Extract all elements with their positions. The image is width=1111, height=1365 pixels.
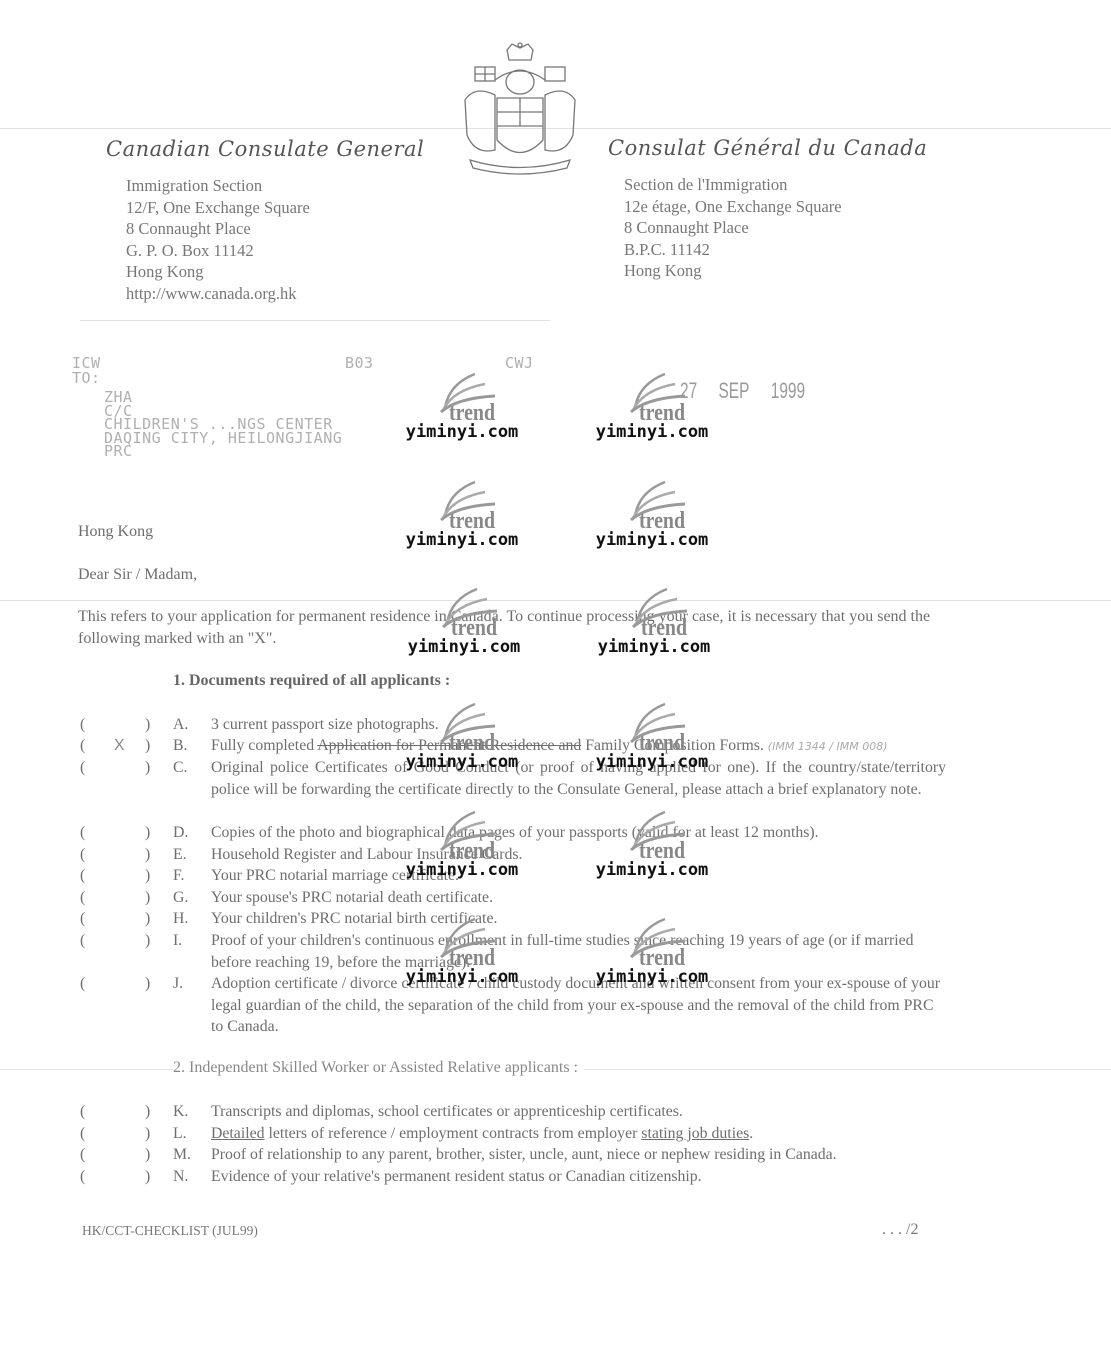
consulate-title-english: Canadian Consulate General xyxy=(106,137,424,161)
handwritten-note: (IMM 1344 / IMM 008) xyxy=(768,740,888,753)
address-line: B.P.C. 11142 xyxy=(624,239,842,261)
item-text: Proof of your children's continuous enro… xyxy=(211,930,946,973)
watermark-url: yiminyi.com xyxy=(392,752,532,772)
item-letter: A. xyxy=(173,714,188,736)
watermark: trendyiminyi.com xyxy=(394,585,534,665)
item-letter: N. xyxy=(173,1166,188,1188)
address-line: Hong Kong xyxy=(624,260,842,282)
address-line: Section de l'Immigration xyxy=(624,174,842,196)
item-letter: G. xyxy=(173,887,188,909)
recipient-address: ZHA C/C CHILDREN'S ...NGS CENTER DAQING … xyxy=(104,391,342,459)
svg-text:trend: trend xyxy=(449,730,496,750)
item-letter: L. xyxy=(173,1123,187,1145)
svg-text:trend: trend xyxy=(449,508,496,528)
svg-text:trend: trend xyxy=(451,615,498,635)
file-ref-right: CWJ xyxy=(505,357,534,371)
watermark: trendyiminyi.com xyxy=(582,700,722,780)
item-letter: M. xyxy=(173,1144,191,1166)
item-letter: C. xyxy=(173,757,188,779)
watermark: trendyiminyi.com xyxy=(392,915,532,995)
checkbox-mark[interactable]: X xyxy=(114,735,125,757)
page-indicator: . . . /2 xyxy=(882,1221,918,1239)
french-address-block: Section de l'Immigration 12e étage, One … xyxy=(624,174,842,282)
trend-logo-icon: trend xyxy=(617,808,687,858)
trend-logo-icon: trend xyxy=(427,478,497,528)
section-2-heading: 2. Independent Skilled Worker or Assiste… xyxy=(173,1059,584,1077)
svg-text:trend: trend xyxy=(639,508,686,528)
item-letter: J. xyxy=(173,973,183,995)
address-line: G. P. O. Box 11142 xyxy=(126,240,310,262)
item-text: Your children's PRC notarial birth certi… xyxy=(211,908,946,930)
svg-text:trend: trend xyxy=(641,615,688,635)
watermark-url: yiminyi.com xyxy=(582,967,722,987)
underlined-text: stating job duties xyxy=(641,1125,749,1142)
recipient-line: ZHA xyxy=(104,391,342,405)
trend-logo-icon: trend xyxy=(617,700,687,750)
english-address-block: Immigration Section 12/F, One Exchange S… xyxy=(126,175,310,304)
item-text: Your PRC notarial marriage certificate. xyxy=(211,865,946,887)
watermark: trendyiminyi.com xyxy=(392,478,532,558)
watermark: trendyiminyi.com xyxy=(392,700,532,780)
trend-logo-icon: trend xyxy=(617,478,687,528)
watermark-url: yiminyi.com xyxy=(392,530,532,550)
item-text: Transcripts and diplomas, school certifi… xyxy=(211,1101,946,1123)
recipient-line: PRC xyxy=(104,445,342,459)
coat-of-arms-emblem xyxy=(455,40,585,180)
item-text: Household Register and Labour Insurance … xyxy=(211,844,946,866)
watermark: trendyiminyi.com xyxy=(584,585,724,665)
consulate-title-french: Consulat Général du Canada xyxy=(608,136,927,160)
recipient-line: DAQING CITY, HEILONGJIANG xyxy=(104,432,342,446)
trend-logo-icon: trend xyxy=(427,370,497,420)
svg-text:trend: trend xyxy=(639,945,686,965)
watermark-url: yiminyi.com xyxy=(582,422,722,442)
item-text: Detailed letters of reference / employme… xyxy=(211,1123,946,1145)
item-letter: B. xyxy=(173,735,188,757)
item-letter: D. xyxy=(173,822,188,844)
file-ref-to: TO: xyxy=(72,372,101,386)
watermark-url: yiminyi.com xyxy=(392,860,532,880)
watermark-url: yiminyi.com xyxy=(584,637,724,657)
svg-text:trend: trend xyxy=(449,400,496,420)
watermark: trendyiminyi.com xyxy=(582,808,722,888)
svg-text:trend: trend xyxy=(449,838,496,858)
item-text: 3 current passport size photographs. xyxy=(211,714,946,736)
svg-text:trend: trend xyxy=(639,730,686,750)
svg-text:trend: trend xyxy=(639,400,686,420)
stamp-year: 1999 xyxy=(771,378,805,403)
watermark-url: yiminyi.com xyxy=(582,860,722,880)
watermark-url: yiminyi.com xyxy=(392,422,532,442)
address-line: 8 Connaught Place xyxy=(624,217,842,239)
item-text: Adoption certificate / divorce certifica… xyxy=(211,973,946,1038)
address-line: 12e étage, One Exchange Square xyxy=(624,196,842,218)
watermark: trendyiminyi.com xyxy=(582,915,722,995)
item-letter: E. xyxy=(173,844,187,866)
watermark-url: yiminyi.com xyxy=(582,530,722,550)
address-line: 12/F, One Exchange Square xyxy=(126,197,310,219)
item-text: Your spouse's PRC notarial death certifi… xyxy=(211,887,946,909)
svg-text:trend: trend xyxy=(449,945,496,965)
item-text: Original police Certificates of Good Con… xyxy=(211,757,946,800)
trend-logo-icon: trend xyxy=(429,585,499,635)
address-line: Immigration Section xyxy=(126,175,310,197)
item-letter: I. xyxy=(173,930,182,952)
underlined-text: Detailed xyxy=(211,1125,265,1142)
scan-line xyxy=(80,320,550,321)
watermark: trendyiminyi.com xyxy=(392,370,532,450)
watermark-url: yiminyi.com xyxy=(392,967,532,987)
watermark: trendyiminyi.com xyxy=(392,808,532,888)
item-text: Evidence of your relative's permanent re… xyxy=(211,1166,946,1188)
address-line: 8 Connaught Place xyxy=(126,218,310,240)
file-ref-mid: B03 xyxy=(345,357,374,371)
item-letter: H. xyxy=(173,908,188,930)
trend-logo-icon: trend xyxy=(427,808,497,858)
watermark-url: yiminyi.com xyxy=(582,752,722,772)
address-line: Hong Kong xyxy=(126,261,310,283)
section-1-heading: 1. Documents required of all applicants … xyxy=(173,672,450,690)
letter-place: Hong Kong xyxy=(78,521,153,543)
trend-logo-icon: trend xyxy=(427,915,497,965)
salutation: Dear Sir / Madam, xyxy=(78,564,197,586)
trend-logo-icon: trend xyxy=(619,585,689,635)
item-text: Proof of relationship to any parent, bro… xyxy=(211,1144,971,1166)
scan-line xyxy=(0,600,1111,601)
svg-text:trend: trend xyxy=(639,838,686,858)
watermark-url: yiminyi.com xyxy=(394,637,534,657)
item-text: Copies of the photo and biographical dat… xyxy=(211,822,946,844)
trend-logo-icon: trend xyxy=(427,700,497,750)
watermark: trendyiminyi.com xyxy=(582,478,722,558)
website-link[interactable]: http://www.canada.org.hk xyxy=(126,283,310,305)
watermark: trendyiminyi.com xyxy=(582,370,722,450)
item-letter: K. xyxy=(173,1101,188,1123)
stamp-month: SEP xyxy=(719,378,750,403)
item-letter: F. xyxy=(173,865,184,887)
trend-logo-icon: trend xyxy=(617,915,687,965)
form-code: HK/CCT-CHECKLIST (JUL99) xyxy=(82,1223,258,1239)
trend-logo-icon: trend xyxy=(617,370,687,420)
